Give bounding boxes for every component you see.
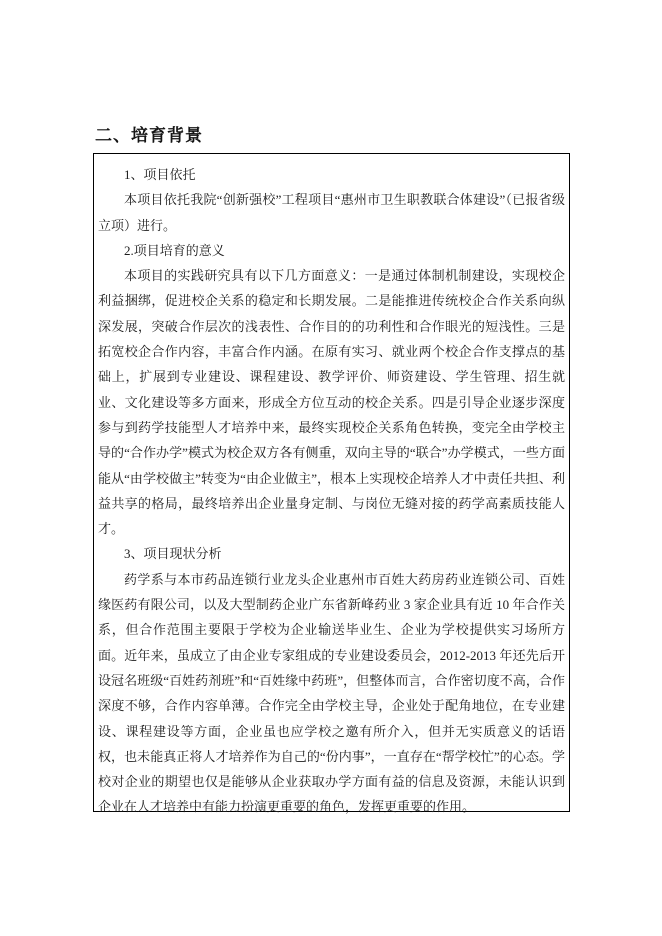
subsection-title-project-significance: 2.项目培育的意义: [98, 238, 565, 263]
paragraph-project-significance: 本项目的实践研究具有以下几方面意义：一是通过体制机制建设，实现校企利益捆绑，促进…: [98, 263, 565, 541]
paragraph-project-basis: 本项目依托我院“创新强校”工程项目“惠州市卫生职教联合体建设”（已报省级立项）进…: [98, 187, 565, 238]
paragraph-status-analysis: 药学系与本市药品连锁行业龙头企业惠州市百姓大药房药业连锁公司、百姓缘医药有限公司…: [98, 567, 565, 820]
table-cell: 1、项目依托 本项目依托我院“创新强校”工程项目“惠州市卫生职教联合体建设”（已…: [94, 154, 569, 820]
content-table: 1、项目依托 本项目依托我院“创新强校”工程项目“惠州市卫生职教联合体建设”（已…: [93, 153, 570, 812]
section-heading: 二、培育背景: [95, 121, 203, 146]
subsection-title-project-basis: 1、项目依托: [98, 162, 565, 187]
subsection-title-status-analysis: 3、项目现状分析: [98, 541, 565, 566]
document-page: 二、培育背景 1、项目依托 本项目依托我院“创新强校”工程项目“惠州市卫生职教联…: [0, 0, 662, 936]
